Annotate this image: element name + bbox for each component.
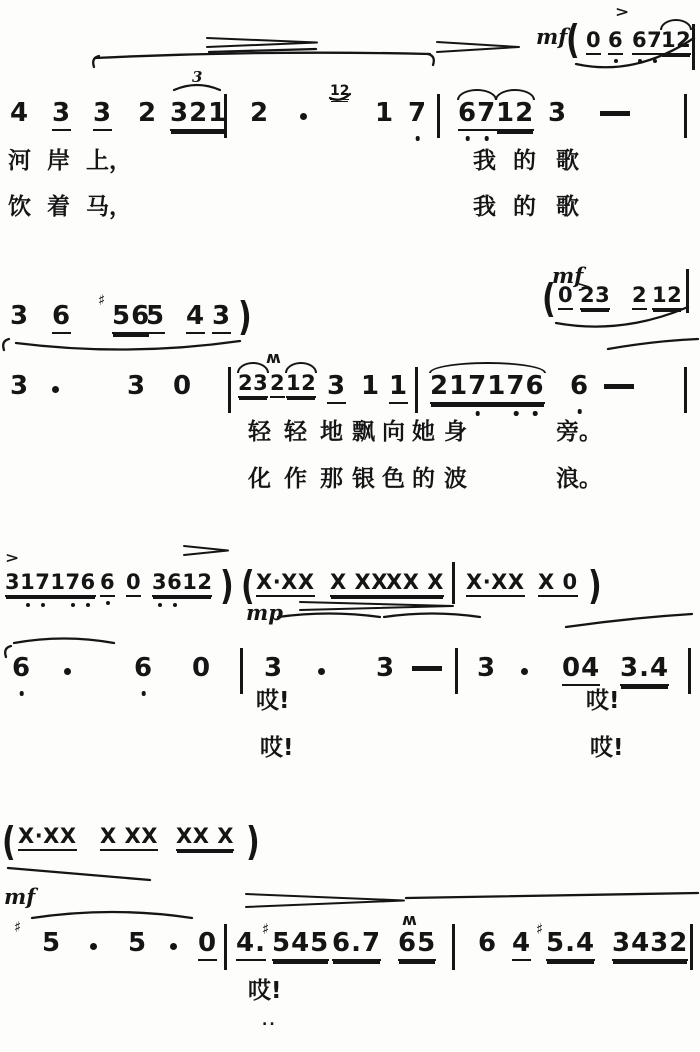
parenthesis: ( [542,281,556,320]
accent-icon: > [615,5,629,19]
lyric-syllable: 我 [473,150,496,173]
note: X XX [330,572,388,597]
lyric-syllable: 地 [320,421,343,444]
sharp-icon: ♯ [98,293,105,308]
barline [690,924,693,970]
low-octave-dot-icon [86,603,90,607]
duration-dot [521,668,528,675]
duration-dot [318,668,325,675]
note: 65 [398,930,436,961]
note: 1 [375,100,394,129]
note: X XX [100,826,158,851]
note: 67 [632,30,662,55]
lyric-syllable: 的 [513,196,536,219]
parenthesis: ( [2,824,16,863]
low-octave-dot-icon [514,411,519,416]
note: 3 [127,373,146,402]
slur-mark [14,639,114,644]
low-octave-dot-icon [577,409,582,414]
note: 3 [93,100,112,131]
diminuendo-mark [184,546,228,555]
lyric-syllable: 身 [444,421,467,444]
note: 6.7 [332,930,381,961]
note: 4 [186,303,205,334]
lyric-syllable: 作 [284,468,307,491]
note: 4 [10,100,29,129]
lyric-syllable: 轻 [284,421,307,444]
barline [686,269,689,313]
note: 6 [52,303,71,334]
barline [224,924,227,970]
lyric-syllable: 着 [47,196,70,219]
sharp-icon: ♯ [14,920,21,935]
duration-dot [300,113,307,120]
lyric-syllable: 的 [412,468,435,491]
lyric-syllable: 波 [444,468,467,491]
note: 6 [134,655,153,684]
note: 6 [608,30,623,55]
score-page: 06671243323212121767123河岸上，我的歌饮着马，我的歌mf(… [0,0,700,1052]
low-octave-dot-icon [653,59,657,63]
lyric-syllable: 色 [382,468,405,491]
low-octave-dot-icon [106,601,110,605]
parenthesis: ( [566,22,580,61]
lyric-syllable: 饮 [8,196,31,219]
note: 3 [477,655,496,684]
note: 0 [126,572,141,597]
barline [455,648,458,694]
duration-dot [52,386,59,393]
lyric-syllable: 哎! [248,980,282,1003]
barline [452,924,455,970]
low-octave-dot-icon [465,136,470,141]
note: 6 [478,930,497,959]
diminuendo-mark [437,42,519,52]
hook-mark [3,339,9,350]
note: 0 [586,30,601,55]
note: 3 [548,100,567,129]
note: XX X [176,826,234,851]
note: 6 [12,655,31,684]
parenthesis: ) [246,824,260,863]
slur-mark [384,614,480,618]
note: 0 [192,655,211,684]
dynamic-marking: mf [536,26,567,47]
note: 5 [42,930,61,959]
diminuendo-mark [246,894,404,907]
lyric-syllable: 歌 [556,196,579,219]
low-octave-dot-icon [638,59,642,63]
lyric-syllable: 上， [86,150,132,173]
note: 12 [330,84,349,100]
note: 0 [173,373,192,402]
dynamic-marking: mp [246,602,283,623]
barline [437,94,440,138]
low-octave-dot-icon [475,411,480,416]
note: 12 [286,373,316,398]
note: 4 [512,930,531,961]
note: 6 [100,572,115,597]
low-octave-dot-icon [415,136,420,141]
note: 5 [146,303,165,334]
dash-note [600,111,630,116]
tuplet-number: 3 [192,70,202,85]
lyric-syllable: 歌 [556,150,579,173]
barline [228,367,231,413]
dash-note [412,666,442,671]
barline [415,367,418,413]
note: 1 [389,373,408,404]
accent-icon: > [5,551,19,565]
lyric-syllable: 那 [320,468,343,491]
low-octave-dot-icon [158,603,162,607]
note: 3612 [152,572,212,597]
lyric-syllable: 化 [248,468,271,491]
low-octave-dot-icon [19,691,24,696]
lyric-syllable: 她 [412,421,435,444]
low-octave-dot-icon [614,59,618,63]
sharp-icon: ♯ [536,922,543,937]
diminuendo-mark [207,38,317,47]
low-octave-dot-icon [71,603,75,607]
barline [692,24,695,70]
slur-mark [16,341,240,350]
parenthesis: ) [588,568,602,607]
dynamic-marking: mf [4,886,35,907]
repeat-dots: .. [262,1014,277,1028]
note: 2 [632,285,647,310]
lyric-syllable: 河 [8,150,31,173]
barline [688,648,691,694]
note: 12 [652,285,682,310]
note: 5.4 [546,930,595,961]
note: 2 [270,373,285,398]
note: 56 [112,303,150,334]
parenthesis: ) [220,568,234,607]
duration-dot [170,943,177,950]
accent-icon: > [577,280,591,294]
lyric-syllable: 银 [352,468,375,491]
note: X·XX [256,572,315,597]
hook-mark [5,646,11,657]
mordent-icon: ʍ [402,912,416,928]
note: XX X [386,572,444,597]
line-mark [8,868,150,880]
note: 3 [212,303,231,334]
note: 3432 [612,930,688,961]
note: 1 [361,373,380,402]
lyric-syllable: 哎! [260,737,294,760]
slur-mark [608,339,698,349]
lyric-syllable: 轻 [248,421,271,444]
note: X 0 [538,572,578,597]
note: 0 [558,285,573,310]
note: 6 [570,373,589,402]
lyric-syllable: 飘 [352,421,375,444]
lyric-syllable: 我 [473,196,496,219]
note: 7 [408,100,427,129]
lyric-syllable: 浪。 [556,468,602,491]
slur-mark [566,614,692,627]
diminuendo-mark [300,602,453,610]
barline [684,94,687,138]
system-1: 06671243323212121767123河岸上，我的歌饮着马，我的歌mf(… [0,0,700,252]
note: 12 [661,30,691,55]
system-3: 317176603612X·XXX XXXX XX·XXX 0660333043… [0,540,700,810]
low-octave-dot-icon [533,411,538,416]
note: 2 [250,100,269,129]
line-mark [209,49,316,52]
lyric-syllable: 向 [382,421,405,444]
note: 3 [376,655,395,684]
lyric-syllable: 哎! [586,690,620,713]
barline [240,648,243,694]
note: 3 [327,373,346,404]
duration-dot [64,668,71,675]
low-octave-dot-icon [141,691,146,696]
line-mark [406,893,698,898]
system-2: 3656543023212330232123112171766轻轻地飘向她身旁。… [0,255,700,540]
lyric-syllable: 马， [86,196,132,219]
barline [452,562,455,604]
note: 5 [128,930,147,959]
note: 23 [238,373,268,398]
sharp-icon: ♯ [262,922,269,937]
parenthesis: ) [238,299,252,338]
note: 3 [10,373,29,402]
slur-mark [95,53,430,58]
hook2-mark [428,54,434,65]
low-octave-dot-icon [41,603,45,607]
note: 12 [496,100,534,131]
dash-note [604,384,634,389]
duration-dot [90,943,97,950]
note: 3 [52,100,71,131]
note: X·XX [466,572,525,597]
lyric-syllable: 哎! [590,737,624,760]
barline [684,367,687,413]
note: 3 [10,303,29,332]
low-octave-dot-icon [484,136,489,141]
note: 217176 [430,373,545,404]
lyric-syllable: 的 [513,150,536,173]
note: 2 [138,100,157,129]
note: 321 [170,100,227,131]
lyric-syllable: 旁。 [556,421,602,444]
note: 545 [272,930,329,961]
low-octave-dot-icon [173,603,177,607]
low-octave-dot-icon [26,603,30,607]
mordent-icon: ʍ [266,350,280,366]
note: 67 [458,100,496,131]
note: 0 [198,930,217,961]
lyric-syllable: 哎! [256,690,290,713]
note: 3 [264,655,283,684]
slur-mark [32,912,192,918]
lyric-syllable: 岸 [47,150,70,173]
system-4: X·XXX XXXX X5504.5456.765645.43432哎!()mf… [0,810,700,1052]
note: 04 [562,655,600,686]
barline [224,94,227,138]
note: 3.4 [620,655,669,686]
note: 317176 [5,572,96,597]
note: X·XX [18,826,77,851]
slur-mark [278,614,380,618]
